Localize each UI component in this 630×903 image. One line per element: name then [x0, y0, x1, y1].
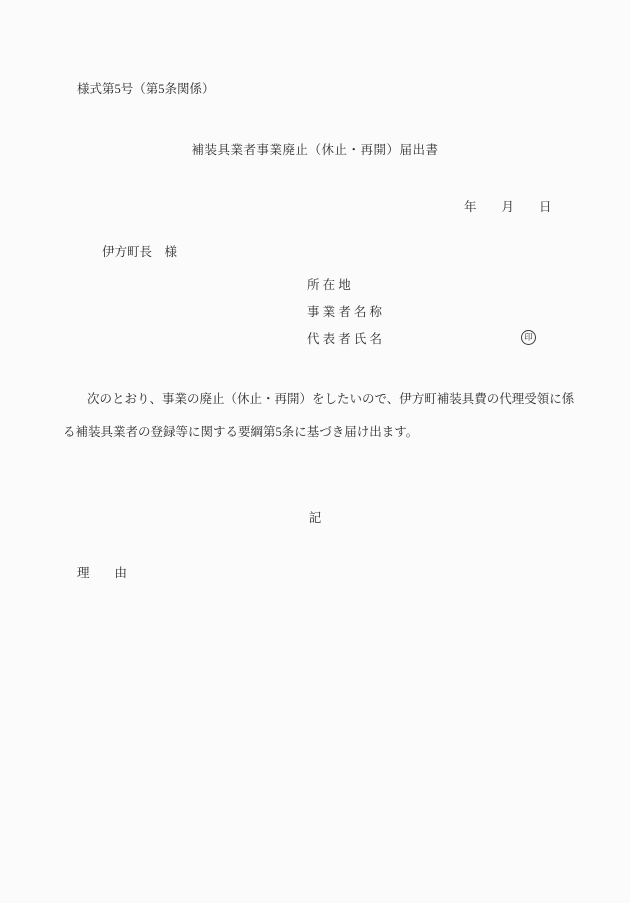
seal-mark-icon: 印 [521, 330, 536, 345]
date-line: 年 月 日 [464, 200, 552, 215]
document-page: 様式第5号（第5条関係） 補装具業者事業廃止（休止・再開）届出書 年 月 日 伊… [0, 0, 630, 903]
body-text-line-1: 次のとおり、事業の廃止（休止・再開）をしたいので、伊方町補装具費の代理受領に係 [87, 392, 574, 407]
document-title: 補装具業者事業廃止（休止・再開）届出書 [0, 143, 630, 158]
business-name-label: 事 業 者 名 称 [307, 305, 382, 320]
representative-name-label: 代 表 者 氏 名 [307, 332, 382, 347]
addressee-line: 伊方町長 様 [102, 245, 177, 260]
body-text-line-2: る補装具業者の登録等に関する要綱第5条に基づき届け出ます。 [63, 425, 418, 440]
record-marker: 記 [0, 511, 630, 526]
address-label: 所 在 地 [307, 278, 351, 293]
form-number: 様式第5号（第5条関係） [77, 82, 215, 97]
reason-label: 理 由 [77, 566, 127, 581]
